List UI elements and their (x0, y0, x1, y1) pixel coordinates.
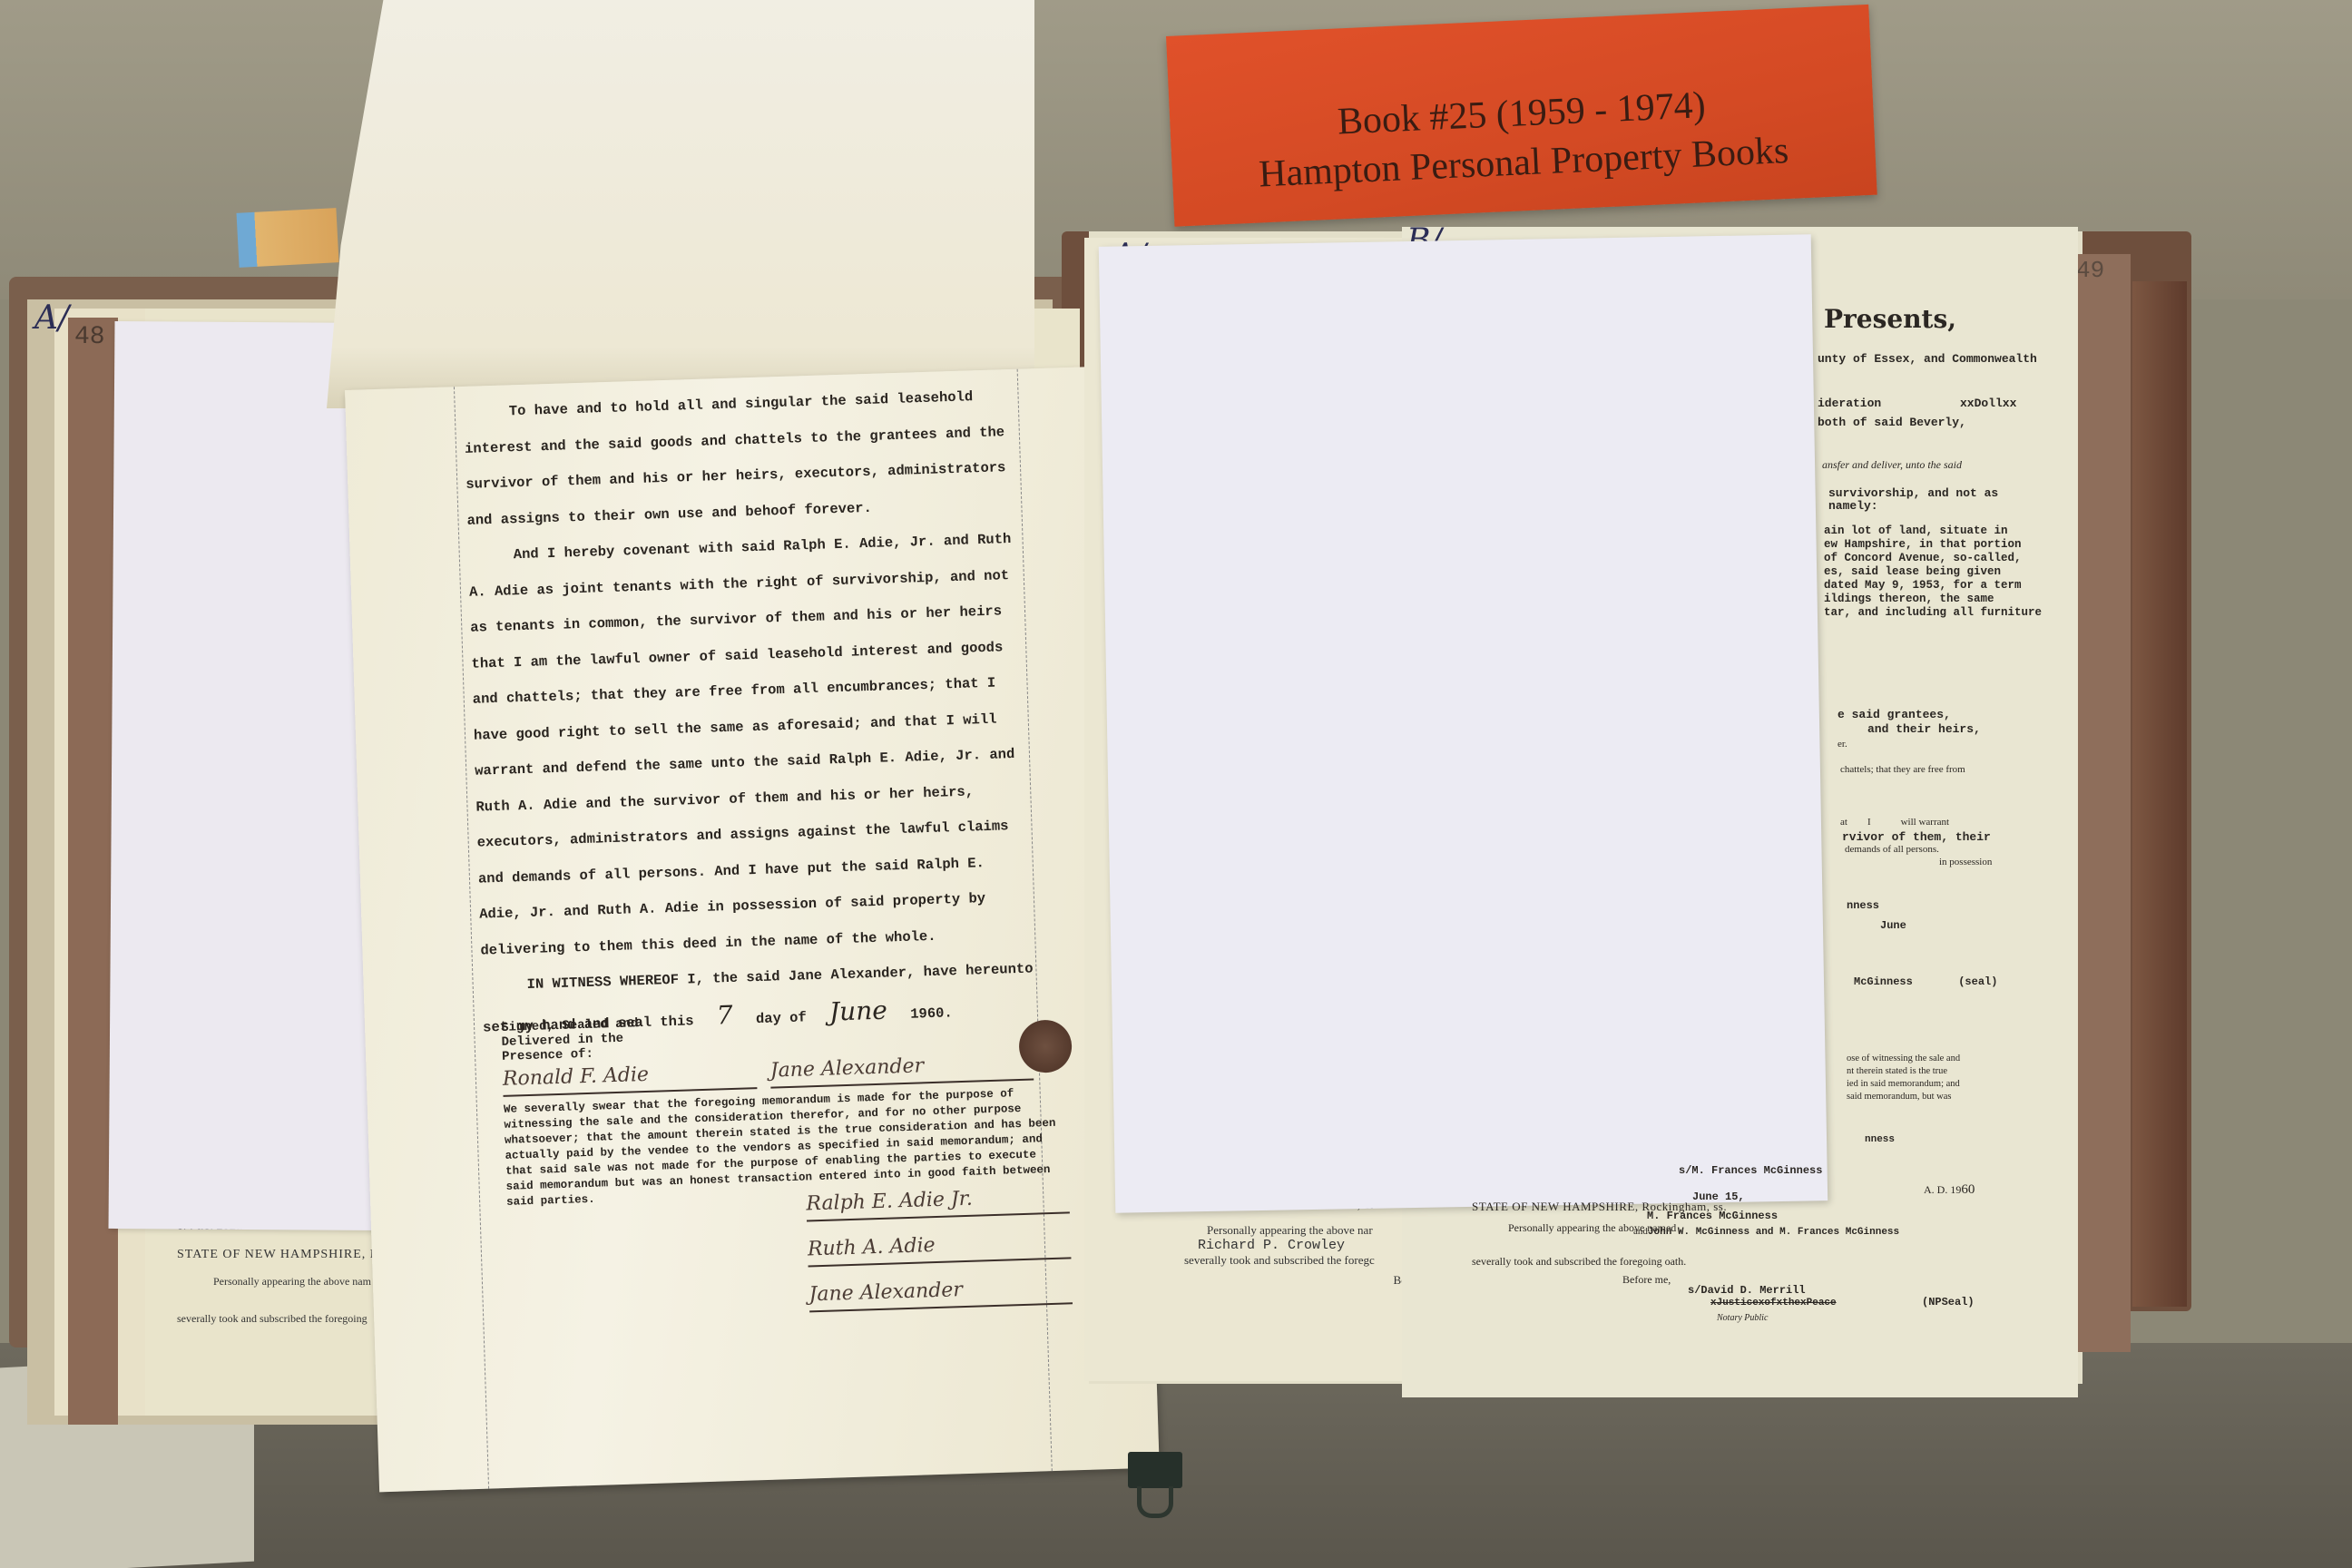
right-signed-by: s/M. Frances McGinness (1679, 1164, 1822, 1177)
right-namely: namely: (1828, 499, 1878, 513)
right-oath: ose of witnessing the sale and nt therei… (1847, 1053, 1960, 1103)
right-name1: M. Frances McGinness (1647, 1210, 1778, 1222)
right-that-i: at I will warrant (1840, 817, 1949, 828)
right-heading: Presents, (1824, 304, 1956, 334)
land-line: tar, and including all furniture (1824, 606, 2042, 620)
middle-footer-oath: severally took and subscribed the foregc (1184, 1253, 1406, 1268)
right-survivorship: survivorship, and not as (1828, 486, 1998, 500)
land-line: ildings thereon, the same (1824, 593, 2042, 606)
right-struck: xxDollxx (1960, 397, 2016, 410)
middle-footer-before: Be (1184, 1273, 1406, 1288)
binder-clip-icon (1128, 1452, 1182, 1488)
right-name2-prefix: and (1633, 1226, 1648, 1237)
right-seal-line: McGinness (seal) (1854, 975, 1997, 988)
right-line: both of said Beverly, (1818, 416, 1966, 429)
right-year: 60 (1961, 1182, 1975, 1197)
right-oath-line-final: severally took and subscribed the forego… (1472, 1255, 1686, 1269)
right-tab-strip (2076, 254, 2131, 1352)
right-before: Before me, (1622, 1273, 1671, 1287)
book-label: Book #25 (1959 - 1974) Hampton Personal … (1166, 5, 1877, 227)
right-notary-signature: s/David D. Merrill (1688, 1284, 1806, 1297)
right-grantees: e said grantees, (1837, 708, 1951, 721)
page-number-left: 48 (74, 323, 105, 351)
right-oath-line: said memorandum, but was (1847, 1091, 1960, 1103)
right-nness: nness (1847, 899, 1879, 912)
right-june: June (1880, 919, 1906, 932)
pen-mark-left: A/ (34, 299, 69, 337)
right-struck-title: xJusticexofxthexPeace (1710, 1298, 1837, 1308)
right-line: ideration (1818, 397, 1881, 410)
right-possession: in possession (1939, 857, 1992, 867)
land-line: es, said lease being given (1824, 565, 2042, 579)
middle-footer: STATE OF NEW HAMPSHIRE, R Personally app… (1184, 1198, 1406, 1288)
right-er: er. (1837, 739, 1847, 750)
right-oath-line: nt therein stated is the true (1847, 1065, 1960, 1078)
blank-sheet-right (1099, 234, 1828, 1213)
right-np-seal: (NPSeal) (1922, 1296, 1975, 1308)
middle-footer-name: Richard P. Crowley (1184, 1238, 1406, 1253)
middle-footer-appearing: Personally appearing the above nar (1184, 1223, 1406, 1238)
right-demands: demands of all persons. (1845, 844, 1939, 855)
land-line: of Concord Avenue, so-called, (1824, 552, 2042, 565)
right-land-description: ain lot of land, situate in ew Hampshire… (1824, 524, 2042, 620)
land-line: ain lot of land, situate in (1824, 524, 2042, 538)
right-transfer: ansfer and deliver, unto the said (1822, 458, 1962, 472)
binder-clip-handle (1137, 1486, 1173, 1518)
right-heirs: and their heirs, (1867, 722, 1981, 736)
deed-document: To have and to hold all and singular the… (345, 366, 1160, 1492)
right-date: June 15, (1692, 1191, 1745, 1203)
right-ad-label: A. D. 19 (1924, 1183, 1961, 1196)
right-name2-row: andJohn W. McGinness and M. Frances McGi… (1633, 1226, 1899, 1238)
right-chattels: chattels; that they are free from (1840, 764, 1965, 775)
wax-seal (1018, 1019, 1073, 1073)
deed-body: To have and to hold all and singular the… (463, 377, 1063, 1046)
right-ad: A. D. 1960 (1924, 1182, 1975, 1198)
right-oath-line: ied in said memorandum; and (1847, 1078, 1960, 1091)
colored-tab-sticker (237, 208, 339, 268)
right-line: unty of Essex, and Commonwealth (1818, 352, 2037, 366)
book-spine-edge (2132, 281, 2187, 1307)
right-nness-2: nness (1865, 1134, 1895, 1145)
right-survivor: rvivor of them, their (1842, 830, 1991, 844)
page-number-right: 49 (2076, 257, 2104, 284)
right-name2: John W. McGinness and M. Frances McGinne… (1648, 1227, 1899, 1238)
right-oath-line: ose of witnessing the sale and (1847, 1053, 1960, 1065)
folded-flap (327, 0, 1034, 408)
land-line: dated May 9, 1953, for a term (1824, 579, 2042, 593)
right-notary-title: Notary Public (1717, 1313, 1768, 1323)
land-line: ew Hampshire, in that portion (1824, 538, 2042, 552)
